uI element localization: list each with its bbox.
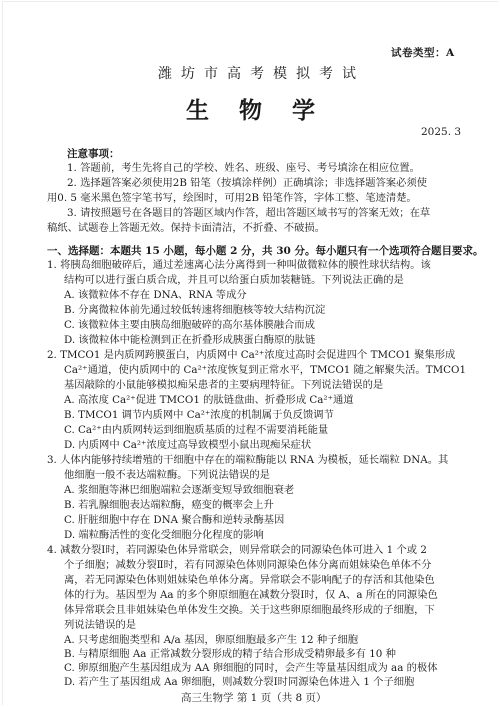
q2-option-d: D. 内质网中 Ca²⁺浓度过高导致模型小鼠出现痴呆症状 (64, 438, 311, 452)
q3-option-c: C. 肝脏细胞中存在 DNA 聚合酶和逆转录酶基因 (64, 513, 284, 527)
q1-option-d: D. 该微粒体中能检测到正在折叠形成胰蛋白酶原的肽链 (64, 333, 315, 347)
note-2-cont: 用0. 5 毫米黑色签字笔书写，绘图时，可用2B 铅笔作答，字体工整、笔迹清楚。 (47, 191, 417, 205)
q4-option-a: A. 只考虑细胞类型和 A/a 基因，卵原细胞最多产生 12 种子细胞 (64, 633, 358, 647)
page-footer: 高三生物学 第 1 页（共 8 页） (181, 690, 327, 705)
notes-title: 注意事项： (67, 146, 120, 161)
q1-option-b: B. 分离微粒体前先通过较低转速将细胞核等较大结构沉淀 (64, 303, 325, 317)
q1-option-a: A. 该微粒体不存在 DNA、RNA 等成分 (64, 288, 247, 302)
note-3-cont: 稿纸、试题卷上答题无效。保持卡面清洁，不折叠、不破损。 (47, 221, 325, 235)
q4-stem-5: 体异常联会且非姐妹染色单体发生交换。关于这些卵原细胞最终形成的子细胞，下 (64, 603, 435, 617)
exam-date: 2025. 3 (421, 126, 461, 138)
q2-stem-1: 2. TMCO1 是内质网跨膜蛋白，内质网中 Ca²⁺浓度过高时会促进四个 TM… (47, 348, 455, 362)
q2-option-b: B. TMCO1 调节内质网中 Ca²⁺浓度的机制属于负反馈调节 (64, 408, 334, 422)
q3-option-a: A. 浆细胞等淋巴细胞端粒会逐渐变短导致细胞衰老 (64, 483, 294, 497)
exam-page: 试卷类型：A 潍坊市高考模拟考试 生物学 2025. 3 注意事项： 1. 答题… (2, 1, 498, 705)
q4-stem-6: 列说法错误的是 (64, 618, 136, 632)
note-1: 1. 答题前，考生先将自己的学校、姓名、班级、座号、考号填涂在相应位置。 (67, 161, 420, 175)
q1-stem-2: 结构可以进行蛋白质合成，并且可以给蛋白质加装糖链。下列说法正确的是 (64, 273, 404, 287)
section-title: 一、选择题：本题共 15 小题，每小题 2 分，共 30 分。每小题只有一个选项… (47, 243, 483, 258)
q3-stem-1: 3. 人体内能够持续增殖的干细胞中存在的端粒酶能以 RNA 为模板，延长端粒 D… (47, 453, 448, 467)
q1-option-c: C. 该微粒体主要由胰岛细胞破碎的高尔基体膜融合而成 (64, 318, 315, 332)
note-2: 2. 选择题答案必须使用2B 铅笔（按填涂样例）正确填涂；非选择题答案必须使 (67, 176, 427, 190)
q1-stem-1: 1. 将胰岛细胞破碎后，通过差速离心法分离得到一种叫做微粒体的膜性球状结构。该 (47, 258, 431, 272)
q2-stem-2: Ca²⁺通道，使内质网中的 Ca²⁺浓度恢复到正常水平，TMCO1 随之解聚失活… (64, 363, 466, 377)
subject-title: 生物学 (186, 92, 345, 125)
q4-option-c: C. 卵原细胞产生基因组成为 AA 卵细胞的同时，会产生等量基因组成为 aa 的… (64, 661, 438, 675)
q3-option-d: D. 端粒酶活性的变化受细胞分化程度的影响 (64, 528, 264, 542)
q2-option-c: C. Ca²⁺由内质网转运到细胞质基质的过程不需要消耗能量 (64, 423, 328, 437)
q4-option-d: D. 若产生了基因组成 Aa 卵细胞，则减数分裂Ⅰ时同源染色体进入 1 个子细胞 (64, 675, 414, 689)
q3-option-b: B. 若乳腺细胞表达端粒酶，癌变的概率会上升 (64, 498, 274, 512)
q2-stem-3: 基因敲除的小鼠能够模拟痴呆患者的主要病理特征。下列说法错误的是 (64, 378, 383, 392)
exam-title: 潍坊市高考模拟考试 (158, 63, 365, 83)
q2-option-a: A. 高浓度 Ca²⁺促进 TMCO1 的肽链盘曲、折叠形成 Ca²⁺通道 (64, 393, 354, 407)
note-3: 3. 请按照题号在各题目的答题区域内作答，超出答题区域书写的答案无效；在草 (67, 206, 430, 220)
q3-stem-2: 他细胞一般不表达端粒酶。下列说法错误的是 (64, 468, 270, 482)
q4-stem-2: 个子细胞；减数分裂Ⅱ时，若有同源染色体则同源染色体分离而姐妹染色单体不分 (64, 558, 431, 572)
paper-type-label: 试卷类型：A (391, 45, 455, 60)
q4-stem-3: 离，若无同源染色体则姐妹染色单体分离。异常联会不影响配子的存活和其他染色 (64, 573, 435, 587)
q4-stem-4: 体的行为。基因型为 Aa 的多个卵原细胞在减数分裂Ⅰ时，仅 A、a 所在的同源染… (64, 588, 438, 602)
q4-option-b: B. 与精原细胞 Aa 正常减数分裂形成的精子结合形成受精卵最多有 10 种 (64, 647, 396, 661)
q4-stem-1: 4. 减数分裂Ⅰ时，若同源染色体异常联会，则异常联会的同源染色体可进入 1 个或… (47, 543, 427, 557)
